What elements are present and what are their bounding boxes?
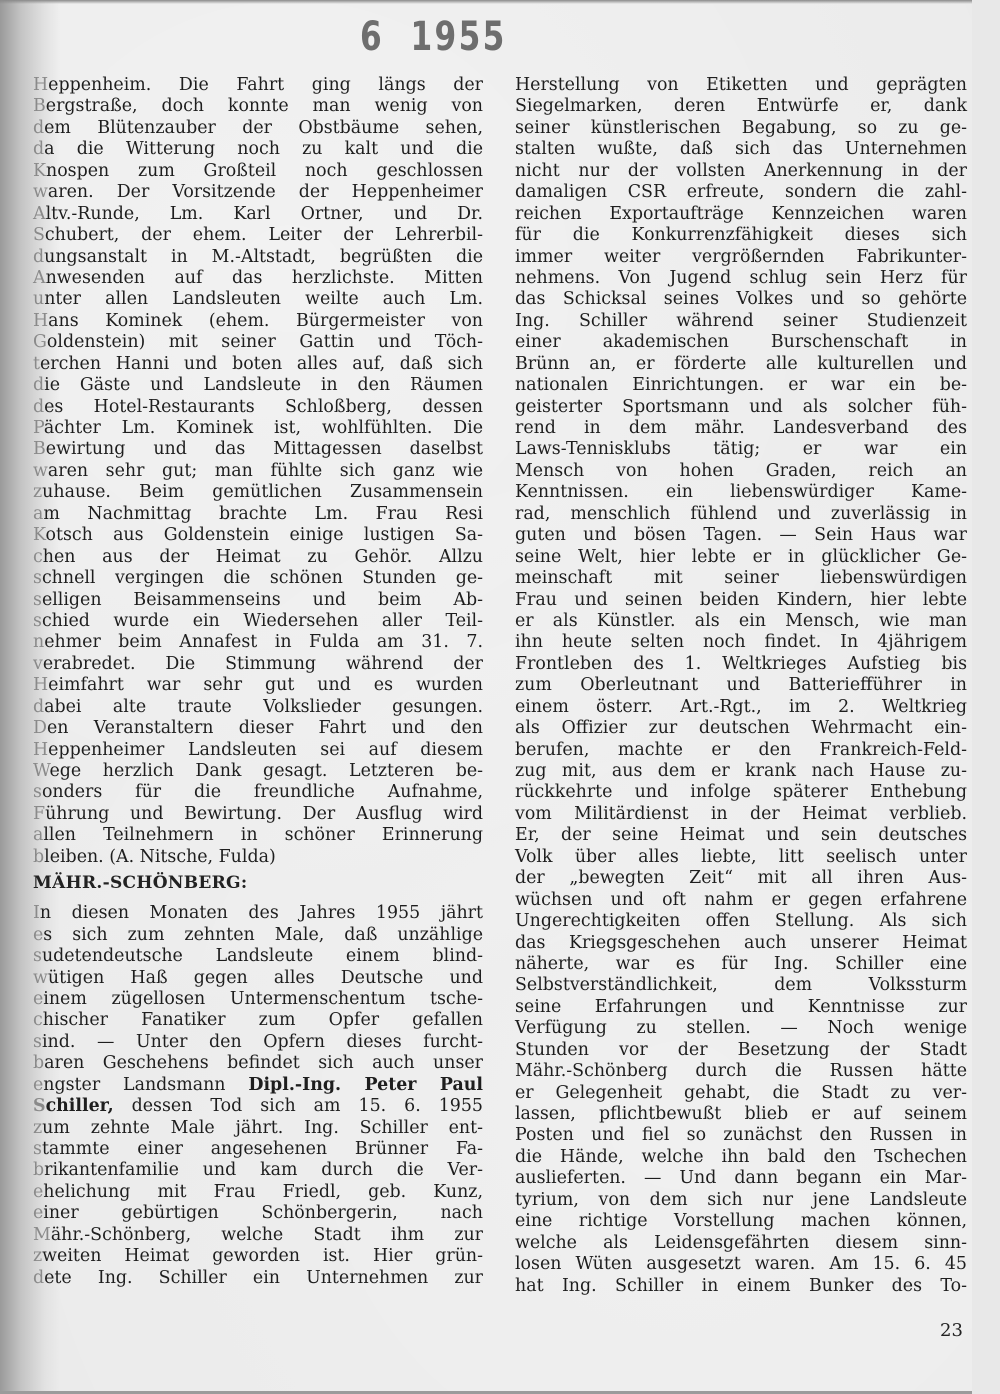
text-line: Volk über alles liebte, litt seelisch un… (515, 847, 967, 868)
text-line: Goldenstein) mit seiner Gattin und Töch- (33, 332, 483, 353)
text-line: am Nachmittag brachte Lm. Frau Resi (33, 504, 483, 525)
issue-year: 1955 (410, 14, 506, 60)
text-line: verabredet. Die Stimmung während der (33, 654, 483, 675)
text-line: Laws-Tennisklubs tätig; er war ein (515, 439, 967, 460)
text-line: Pächter Lm. Kominek ist, wohlfühlten. Di… (33, 418, 483, 439)
text-line: seiner künstlerischen Begabung, so zu ge… (515, 118, 967, 139)
text-line: dete Ing. Schiller ein Unternehmen zur (33, 1268, 483, 1289)
text-line: rückkehrte und infolge späterer Enthebun… (515, 782, 967, 803)
text-line: das Kriegsgeschehen auch unserer Heimat (515, 933, 967, 954)
text-line: dungsanstalt in M.-Altstadt, begrüßten d… (33, 247, 483, 268)
text-line: losen Wüten ausgesetzt waren. Am 15. 6. … (515, 1254, 967, 1275)
text-line: wüchsen und oft nahm er gegen erfahrene (515, 890, 967, 911)
text-line: die Hände, welche ihn bald den Tschechen (515, 1147, 967, 1168)
article-heppenheim: Heppenheim. Die Fahrt ging längs derBerg… (33, 75, 483, 868)
text-line: guten und bösen Tagen. — Sein Haus war (515, 525, 967, 546)
text-line: chen aus der Heimat zu Gehör. Allzu (33, 547, 483, 568)
text-line: ehelichung mit Frau Friedl, geb. Kunz, (33, 1182, 483, 1203)
text-line: reichen Exportaufträge Kennzeichen waren (515, 204, 967, 225)
text-line: einer akademischen Burschenschaft in (515, 332, 967, 353)
person-name: Dipl.-Ing. Peter Paul (248, 1075, 483, 1095)
text-line: seine Erfahrungen und Kenntnisse zur (515, 997, 967, 1018)
left-column: Heppenheim. Die Fahrt ging längs derBerg… (33, 75, 483, 1289)
text-line: sonders für die freundliche Aufnahme, (33, 782, 483, 803)
text-line: schied wurde ein Wiedersehen aller Teil- (33, 611, 483, 632)
text-line: dabei alte traute Volkslieder gesungen. (33, 697, 483, 718)
text-line: rend in dem mähr. Landesverband des (515, 418, 967, 439)
text-line: er als Künstler. als ein Mensch, wie man (515, 611, 967, 632)
text-line: bleiben. (A. Nitsche, Fulda) (33, 847, 483, 868)
person-name: Schiller, (33, 1096, 114, 1116)
text-line: lassen, pflichtbewußt blieb er auf seine… (515, 1104, 967, 1125)
text-line: sind. — Unter den Opfern dieses furcht- (33, 1032, 483, 1053)
text-line: sudetendeutsche Landsleute einem blind- (33, 946, 483, 967)
text-line: es sich zum zehnten Male, daß unzählige (33, 925, 483, 946)
right-column: Herstellung von Etiketten und geprägtenS… (515, 75, 967, 1297)
text-line: Knospen zum Großteil noch geschlossen (33, 161, 483, 182)
text-line: näherte, war es für Ing. Schiller eine (515, 954, 967, 975)
text-line: Posten und fiel so zunächst den Russen i… (515, 1125, 967, 1146)
text-line: Brünn an, er förderte alle kulturellen u… (515, 354, 967, 375)
text-line: das Schicksal seines Volkes und so gehör… (515, 289, 967, 310)
text-line: damaligen CSR erfreute, sondern die zahl… (515, 182, 967, 203)
text-line: Wege herzlich Dank gesagt. Letzteren be- (33, 761, 483, 782)
text-line: allen Teilnehmern in schöner Erinnerung (33, 825, 483, 846)
text-line: immer weiter vergrößernden Fabrikunter- (515, 247, 967, 268)
scan-background-strip (972, 0, 1000, 1394)
text-line: seine Welt, hier lebte er in glücklicher… (515, 547, 967, 568)
text-line: zuhause. Beim gemütlichen Zusammensein (33, 482, 483, 503)
page-number: 23 (940, 1320, 963, 1341)
text-line: auslieferten. — Und dann begann ein Mar- (515, 1168, 967, 1189)
article-maehr-schoenberg: In diesen Monaten des Jahres 1955 jährte… (33, 903, 483, 1289)
text-line: Bewirtung und das Mittagessen daselbst (33, 439, 483, 460)
text-line: zug mit, aus dem er krank nach Hause zu- (515, 761, 967, 782)
text-line: hat Ing. Schiller in einem Bunker des To… (515, 1276, 967, 1297)
text-line: einem zügellosen Untermenschentum tsche- (33, 989, 483, 1010)
text-line: ihn heute selten noch findet. In 4jährig… (515, 632, 967, 653)
top-edge (0, 0, 972, 4)
text-line: Kotsch aus Goldenstein einige lustigen S… (33, 525, 483, 546)
text-line: tyrium, von dem sich nur jene Landsleute (515, 1190, 967, 1211)
text-line: schnell vergingen die schönen Stunden ge… (33, 568, 483, 589)
text-line: Heppenheim. Die Fahrt ging längs der (33, 75, 483, 96)
text-line: engster Landsmann Dipl.-Ing. Peter Paul (33, 1075, 483, 1096)
text-line: stammte einer angesehenen Brünner Fa- (33, 1139, 483, 1160)
text-line: eine richtige Vorstellung machen können, (515, 1211, 967, 1232)
article-maehr-schoenberg-continued: Herstellung von Etiketten und geprägtenS… (515, 75, 967, 1297)
text-line: welche als Leidensgefährten diesem sinn- (515, 1233, 967, 1254)
text-line: Frau und seinen beiden Kindern, hier leb… (515, 590, 967, 611)
text-line: meinschaft mit seiner liebenswürdigen (515, 568, 967, 589)
text-line: nationalen Einrichtungen. er war ein be- (515, 375, 967, 396)
text-line: Mähr.-Schönberg durch die Russen hätte (515, 1061, 967, 1082)
text-line: Heppenheimer Landsleuten sei auf diesem (33, 740, 483, 761)
text-line: nehmens. Von Jugend schlug sein Herz für (515, 268, 967, 289)
text-line: Herstellung von Etiketten und geprägten (515, 75, 967, 96)
text-line: vom Militärdienst in der Heimat verblieb… (515, 804, 967, 825)
text-line: nehmer beim Annafest in Fulda am 31. 7. (33, 632, 483, 653)
text-line: unter allen Landsleuten weilte auch Lm. (33, 289, 483, 310)
text-line: Schiller, dessen Tod sich am 15. 6. 1955 (33, 1096, 483, 1117)
text-line: geisterter Sportsmann und als solcher fü… (515, 397, 967, 418)
text-line: Den Veranstaltern dieser Fahrt und den (33, 718, 483, 739)
text-line: Stunden vor der Besetzung der Stadt (515, 1040, 967, 1061)
text-line: Anwesenden auf das herzlichste. Mitten (33, 268, 483, 289)
text-line: In diesen Monaten des Jahres 1955 jährt (33, 903, 483, 924)
text-line: Ing. Schiller während seiner Studienzeit (515, 311, 967, 332)
text-line: Schubert, der ehem. Leiter der Lehrerbil… (33, 225, 483, 246)
text-line: der „bewegten Zeit“ mit all ihren Aus- (515, 868, 967, 889)
scanned-page: 6 1955 Heppenheim. Die Fahrt ging längs … (0, 0, 972, 1394)
text-line: Verfügung zu stellen. — Noch wenige (515, 1018, 967, 1039)
text-line: chischer Fanatiker zum Opfer gefallen (33, 1010, 483, 1031)
text-line: Führung und Bewirtung. Der Ausflug wird (33, 804, 483, 825)
text-line: waren sehr gut; man fühlte sich ganz wie (33, 461, 483, 482)
text-line: terchen Hanni und boten alles auf, daß s… (33, 354, 483, 375)
text-line: zweiten Heimat geworden ist. Hier grün- (33, 1246, 483, 1267)
text-line: Mensch von hohen Graden, reich an (515, 461, 967, 482)
issue-number: 6 (360, 14, 384, 60)
text-line: nicht nur der vollsten Anerkennung in de… (515, 161, 967, 182)
text-line: einer gebürtigen Schönbergerin, nach (33, 1203, 483, 1224)
text-line: wütigen Haß gegen alles Deutsche und (33, 968, 483, 989)
text-line: Frontleben des 1. Weltkrieges Aufstieg b… (515, 654, 967, 675)
text-line: die Gäste und Landsleute in den Räumen (33, 375, 483, 396)
text-line: als Offizier zur deutschen Wehrmacht ein… (515, 718, 967, 739)
section-heading: MÄHR.-SCHÖNBERG: (33, 868, 483, 903)
text-line: Er, der seine Heimat und sein deutsches (515, 825, 967, 846)
text-line: Heimfahrt war sehr gut und es wurden (33, 675, 483, 696)
text-line: Altv.-Runde, Lm. Karl Ortner, und Dr. (33, 204, 483, 225)
text-line: brikantenfamilie und kam durch die Ver- (33, 1160, 483, 1181)
text-line: stalten wußte, daß sich das Unternehmen (515, 139, 967, 160)
text-line: des Hotel-Restaurants Schloßberg, dessen (33, 397, 483, 418)
text-line: rad, menschlich fühlend und zuverlässig … (515, 504, 967, 525)
text-line: Selbstverständlichkeit, dem Volkssturm (515, 975, 967, 996)
text-line: Kenntnissen. ein liebenswürdiger Kame- (515, 482, 967, 503)
text-line: Ungerechtigkeiten offen Stellung. Als si… (515, 911, 967, 932)
text-line: berufen, machte er den Frankreich-Feld- (515, 740, 967, 761)
text-line: einem österr. Art.-Rgt., im 2. Weltkrieg (515, 697, 967, 718)
text-line: selligen Beisammenseins und beim Ab- (33, 590, 483, 611)
text-line: waren. Der Vorsitzende der Heppenheimer (33, 182, 483, 203)
text-line: Hans Kominek (ehem. Bürgermeister von (33, 311, 483, 332)
text-line: zum zehnte Male jährt. Ing. Schiller ent… (33, 1118, 483, 1139)
text-line: dem Blütenzauber der Obstbäume sehen, (33, 118, 483, 139)
text-line: Bergstraße, doch konnte man wenig von (33, 96, 483, 117)
text-line: Mähr.-Schönberg, welche Stadt ihm zur (33, 1225, 483, 1246)
text-line: Siegelmarken, deren Entwürfe er, dank (515, 96, 967, 117)
text-line: für die Konkurrenzfähigkeit dieses sich (515, 225, 967, 246)
text-line: zum Oberleutnant und Batteriefführer in (515, 675, 967, 696)
text-line: baren Geschehens befindet sich auch unse… (33, 1053, 483, 1074)
text-line: er Gelegenheit gehabt, die Stadt zu ver- (515, 1083, 967, 1104)
text-line: da die Witterung noch zu kalt und die (33, 139, 483, 160)
issue-header: 6 1955 (360, 14, 507, 60)
